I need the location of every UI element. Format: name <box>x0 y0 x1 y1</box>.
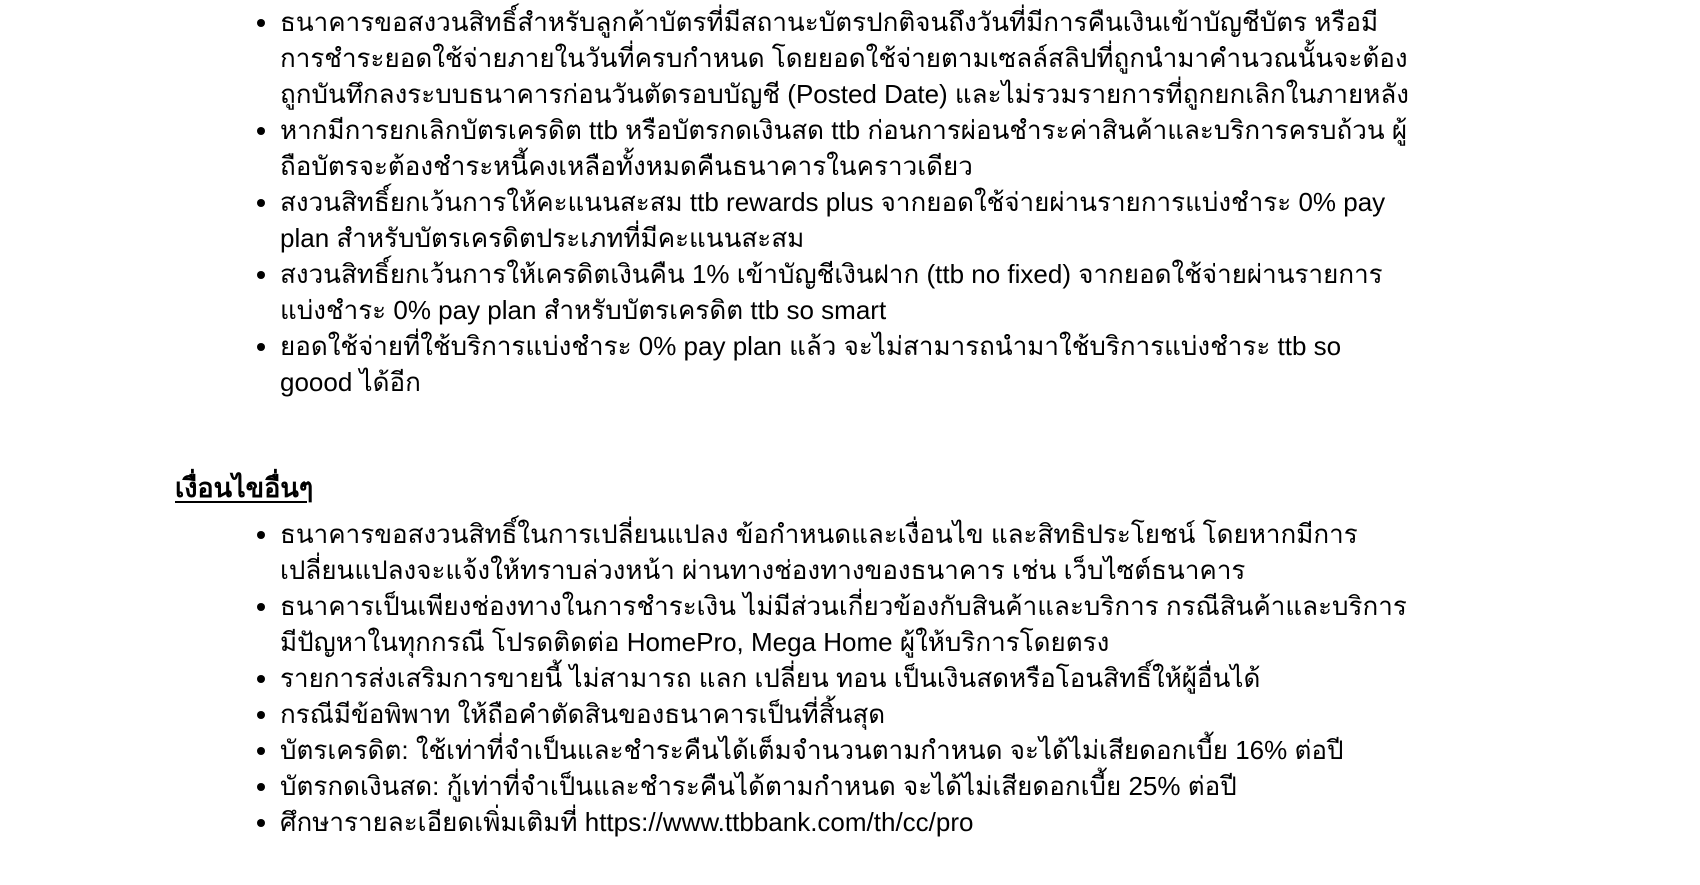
bullet-item: บัตรเครดิต: ใช้เท่าที่จำเป็นและชำระคืนได… <box>280 732 1410 768</box>
bullet-item: หากมีการยกเลิกบัตรเครดิต ttb หรือบัตรกดเ… <box>280 112 1410 184</box>
more-info-bullet-list: ศึกษารายละเอียดเพิ่มเติมที่ https://www.… <box>175 804 1410 840</box>
more-info-prefix-text: ศึกษารายละเอียดเพิ่มเติมที่ <box>280 807 585 837</box>
bullet-item: บัตรกดเงินสด: กู้เท่าที่จำเป็นและชำระคืน… <box>280 768 1410 804</box>
bullet-item: ธนาคารขอสงวนสิทธิ์สำหรับลูกค้าบัตรที่มีส… <box>280 4 1410 112</box>
more-info-url-text: https://www.ttbbank.com/th/cc/pro <box>585 807 974 837</box>
bullet-item: กรณีมีข้อพิพาท ให้ถือคำตัดสินของธนาคารเป… <box>280 696 1410 732</box>
bullet-item: ธนาคารเป็นเพียงช่องทางในการชำระเงิน ไม่ม… <box>280 588 1410 660</box>
other-conditions-bullet-list: ธนาคารขอสงวนสิทธิ์ในการเปลี่ยนแปลง ข้อกำ… <box>175 516 1410 804</box>
bullet-item: รายการส่งเสริมการขายนี้ ไม่สามารถ แลก เป… <box>280 660 1410 696</box>
bullet-item: ศึกษารายละเอียดเพิ่มเติมที่ https://www.… <box>280 804 1410 840</box>
bullet-item: สงวนสิทธิ์ยกเว้นการให้เครดิตเงินคืน 1% เ… <box>280 256 1410 328</box>
bullet-item: สงวนสิทธิ์ยกเว้นการให้คะแนนสะสม ttb rewa… <box>280 184 1410 256</box>
bullet-item: ยอดใช้จ่ายที่ใช้บริการแบ่งชำระ 0% pay pl… <box>280 328 1410 400</box>
card-terms-bullet-list: ธนาคารขอสงวนสิทธิ์สำหรับลูกค้าบัตรที่มีส… <box>175 4 1410 400</box>
terms-document-page: ธนาคารขอสงวนสิทธิ์สำหรับลูกค้าบัตรที่มีส… <box>0 0 1700 885</box>
bullet-item: ธนาคารขอสงวนสิทธิ์ในการเปลี่ยนแปลง ข้อกำ… <box>280 516 1410 588</box>
other-conditions-heading: เงื่อนไขอื่นๆ <box>175 470 1410 506</box>
